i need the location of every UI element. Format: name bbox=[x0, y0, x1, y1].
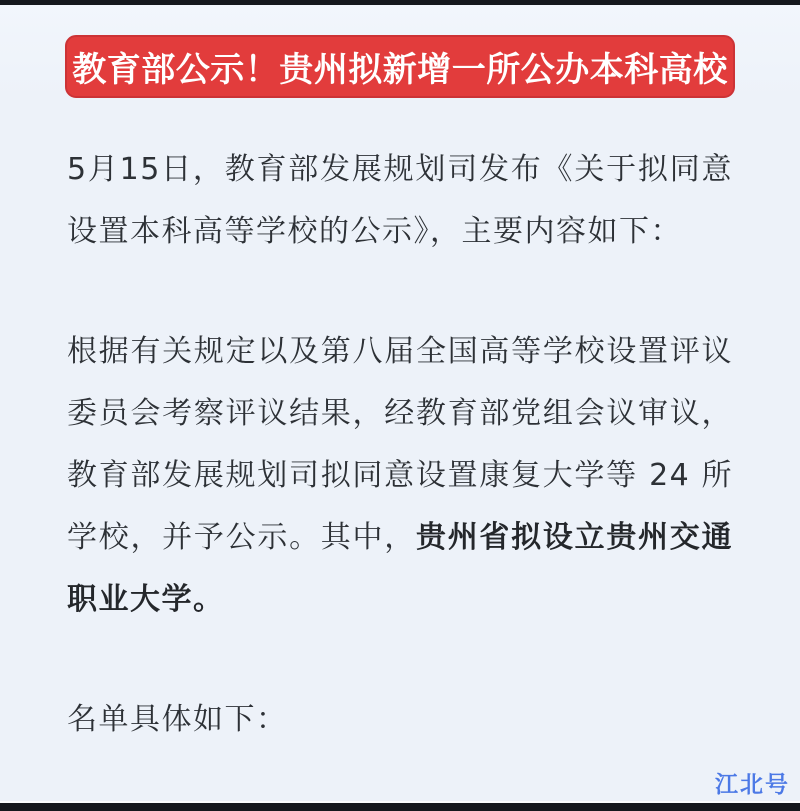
paragraph-main-line-1: 根据有关规定以及第八届全国高等学校设置评议 bbox=[67, 321, 733, 383]
paragraph-intro-line-2: 设置本科高等学校的公示》，主要内容如下： bbox=[67, 201, 733, 263]
paragraph-list-intro-line-1: 名单具体如下： bbox=[67, 689, 733, 751]
paragraph-main-line-3: 教育部发展规划司拟同意设置康复大学等 24 所 bbox=[67, 445, 733, 507]
article-page: 教育部公示！贵州拟新增一所公办本科高校 5月15日，教育部发展规划司发布《关于拟… bbox=[0, 0, 800, 811]
page-title: 教育部公示！贵州拟新增一所公办本科高校 bbox=[72, 42, 728, 91]
paragraph-main-line-4: 学校，并予公示。其中，贵州省拟设立贵州交通 bbox=[67, 507, 733, 569]
paragraph-intro: 5月15日，教育部发展规划司发布《关于拟同意 设置本科高等学校的公示》，主要内容… bbox=[67, 139, 733, 263]
paragraph-list-intro: 名单具体如下： bbox=[67, 689, 733, 751]
top-frame-bar bbox=[0, 0, 800, 5]
paragraph-main-line-5: 职业大学。 bbox=[67, 569, 733, 631]
paragraph-main: 根据有关规定以及第八届全国高等学校设置评议 委员会考察评议结果，经教育部党组会议… bbox=[67, 321, 733, 631]
watermark-label: 江北号 bbox=[715, 766, 790, 799]
bottom-frame-bar bbox=[0, 803, 800, 811]
article-body: 5月15日，教育部发展规划司发布《关于拟同意 设置本科高等学校的公示》，主要内容… bbox=[67, 139, 733, 809]
paragraph-main-line-2: 委员会考察评议结果，经教育部党组会议审议， bbox=[67, 383, 733, 445]
paragraph-main-line-5-bold: 职业大学。 bbox=[67, 582, 225, 617]
paragraph-main-line-4-regular: 学校，并予公示。其中， bbox=[67, 520, 416, 555]
paragraph-main-line-4-bold: 贵州省拟设立贵州交通 bbox=[416, 520, 733, 555]
paragraph-intro-line-1: 5月15日，教育部发展规划司发布《关于拟同意 bbox=[67, 139, 733, 201]
title-banner: 教育部公示！贵州拟新增一所公办本科高校 bbox=[65, 35, 735, 98]
